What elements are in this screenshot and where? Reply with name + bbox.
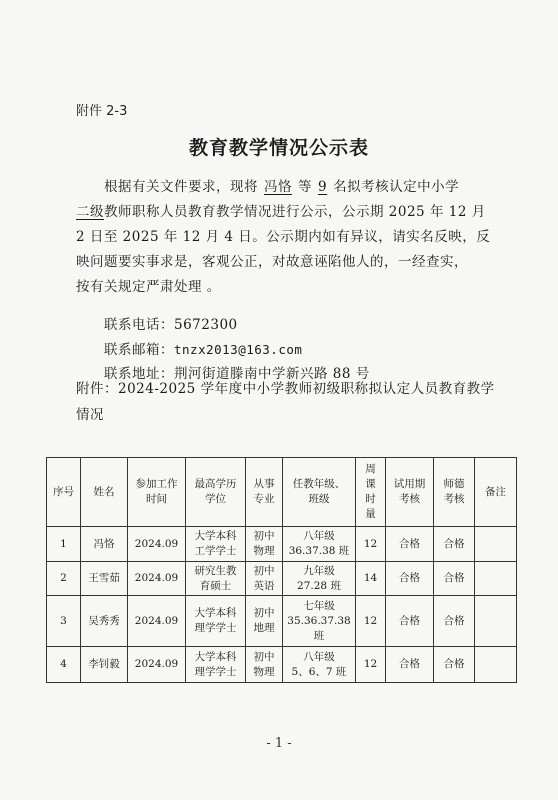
cell-work-start: 2024.09	[128, 562, 186, 596]
notice-paragraph: 根据有关文件要求，现将冯恪等9名拟考核认定中小学 二级教师职称人员教育教学情况进…	[76, 175, 492, 300]
table-row: 3 吴秀秀 2024.09 大学本科理学学士 初中地理 七年级35.36.37.…	[47, 596, 517, 647]
cell-subject: 初中物理	[246, 647, 283, 683]
notice-text: 2 日至 2025 年 12 月 4 日。公示期内如有异议，请实名反映，反	[76, 229, 490, 245]
notice-text: 按有关规定严肃处理 。	[76, 279, 221, 295]
cell-seq: 2	[47, 562, 81, 596]
phone-label: 联系电话：	[104, 317, 174, 333]
cell-weekly-hours: 14	[356, 562, 386, 596]
cell-name: 王雪茹	[81, 562, 128, 596]
cell-subject: 初中英语	[246, 562, 283, 596]
attachment-label: 附件 2-3	[76, 100, 127, 119]
header-grade-class: 任教年级、班级	[283, 458, 356, 527]
phone-value: 5672300	[174, 317, 238, 333]
cell-ethics: 合格	[434, 527, 475, 562]
cell-grade-class: 九年级27.28 班	[283, 562, 356, 596]
header-remarks: 备注	[475, 458, 517, 527]
header-subject: 从事专业	[246, 458, 283, 527]
cell-seq: 3	[47, 596, 81, 647]
cell-education: 大学本科理学学士	[186, 596, 246, 647]
cell-ethics: 合格	[434, 596, 475, 647]
header-ethics: 师德考核	[434, 458, 475, 527]
email-value: tnzx2013@163.com	[174, 342, 302, 357]
cell-weekly-hours: 12	[356, 596, 386, 647]
cell-remarks	[475, 647, 517, 683]
cell-name: 冯恪	[81, 527, 128, 562]
cell-remarks	[475, 562, 517, 596]
cell-work-start: 2024.09	[128, 647, 186, 683]
title-level: 二级	[76, 204, 104, 220]
email-label: 联系邮箱：	[104, 342, 174, 358]
cell-grade-class: 八年级36.37.38 班	[283, 527, 356, 562]
appendix-note: 附件：2024-2025 学年度中小学教师初级职称拟认定人员教育教学情况	[76, 376, 506, 428]
page-number: - 1 -	[0, 736, 558, 751]
contact-phone: 联系电话：5672300	[104, 313, 238, 333]
notice-text: 等	[298, 179, 312, 195]
table-row: 2 王雪茹 2024.09 研究生教育硕士 初中英语 九年级27.28 班 14…	[47, 562, 517, 596]
person-count: 9	[312, 179, 333, 195]
cell-name: 吴秀秀	[81, 596, 128, 647]
cell-ethics: 合格	[434, 647, 475, 683]
notice-text: 映问题要实事求是，客观公正，对故意诬陷他人的，一经查实，	[76, 254, 468, 270]
header-probation: 试用期考核	[386, 458, 434, 527]
cell-seq: 4	[47, 647, 81, 683]
cell-ethics: 合格	[434, 562, 475, 596]
page-title: 教育教学情况公示表	[0, 133, 558, 160]
lead-name: 冯恪	[258, 179, 298, 195]
cell-probation: 合格	[386, 527, 434, 562]
cell-education: 大学本科理学学士	[186, 647, 246, 683]
cell-probation: 合格	[386, 596, 434, 647]
contact-email: 联系邮箱：tnzx2013@163.com	[104, 338, 302, 358]
cell-grade-class: 七年级35.36.37.38 班	[283, 596, 356, 647]
cell-probation: 合格	[386, 647, 434, 683]
cell-name: 李钊毅	[81, 647, 128, 683]
cell-weekly-hours: 12	[356, 647, 386, 683]
header-weekly-hours: 周课时量	[356, 458, 386, 527]
cell-subject: 初中地理	[246, 596, 283, 647]
cell-remarks	[475, 527, 517, 562]
notice-intro: 根据有关文件要求，现将	[104, 179, 258, 195]
table-row: 4 李钊毅 2024.09 大学本科理学学士 初中物理 八年级5、6、7 班 1…	[47, 647, 517, 683]
header-education: 最高学历学位	[186, 458, 246, 527]
cell-remarks	[475, 596, 517, 647]
cell-work-start: 2024.09	[128, 527, 186, 562]
notice-text: 名拟考核认定中小学	[333, 179, 459, 195]
teaching-info-table: 序号 姓名 参加工作时间 最高学历学位 从事专业 任教年级、班级 周课时量 试用…	[46, 457, 517, 683]
cell-weekly-hours: 12	[356, 527, 386, 562]
table-header-row: 序号 姓名 参加工作时间 最高学历学位 从事专业 任教年级、班级 周课时量 试用…	[47, 458, 517, 527]
cell-work-start: 2024.09	[128, 596, 186, 647]
cell-probation: 合格	[386, 562, 434, 596]
cell-seq: 1	[47, 527, 81, 562]
header-name: 姓名	[81, 458, 128, 527]
table-row: 1 冯恪 2024.09 大学本科工学学士 初中物理 八年级36.37.38 班…	[47, 527, 517, 562]
notice-text: 教师职称人员教育教学情况进行公示，公示期 2025 年 12 月	[104, 204, 486, 220]
header-work-start: 参加工作时间	[128, 458, 186, 527]
cell-education: 研究生教育硕士	[186, 562, 246, 596]
cell-subject: 初中物理	[246, 527, 283, 562]
cell-grade-class: 八年级5、6、7 班	[283, 647, 356, 683]
header-seq: 序号	[47, 458, 81, 527]
cell-education: 大学本科工学学士	[186, 527, 246, 562]
